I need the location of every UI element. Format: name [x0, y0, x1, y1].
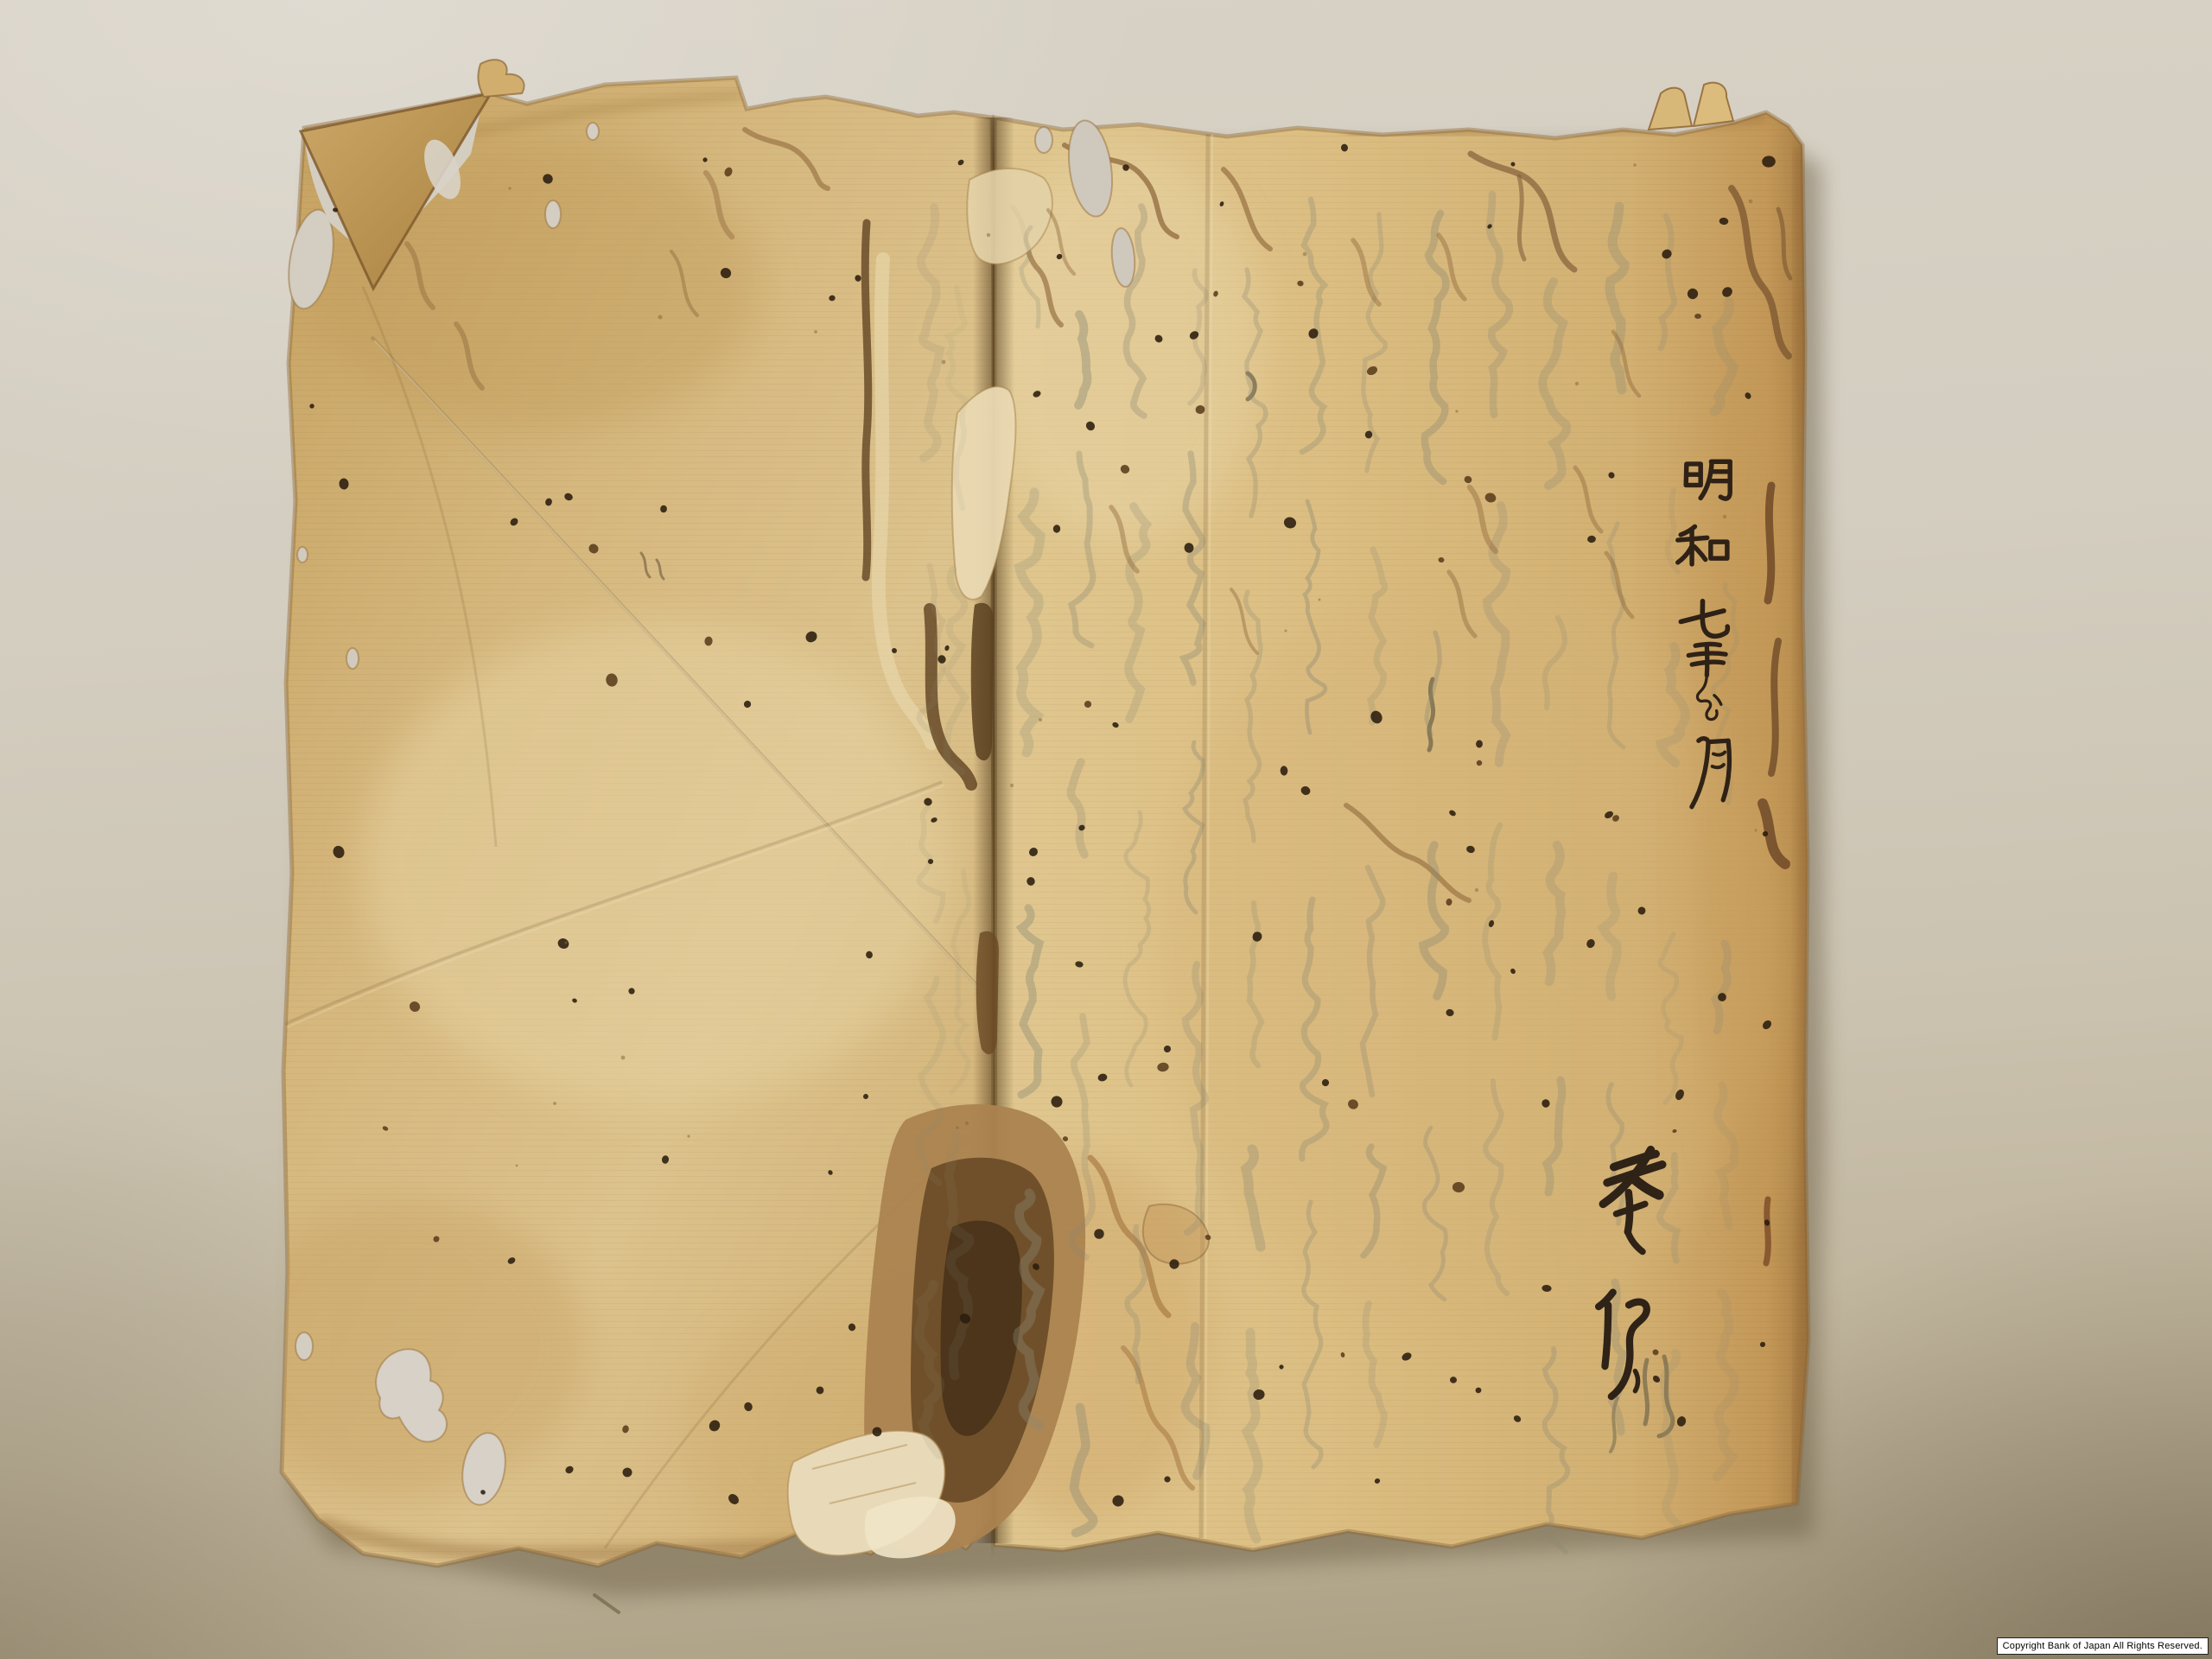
stray-paper-bit [1649, 88, 1692, 130]
stray-paper-bit [478, 60, 524, 97]
manuscript-photo [0, 0, 2212, 1659]
archival-photo-scene: 明和七年□月 奉行 Copyright Bank of Japan All Ri… [0, 0, 2212, 1659]
copyright-text: Copyright Bank of Japan All Rights Reser… [2003, 1641, 2202, 1651]
stray-paper-bit [1694, 83, 1733, 126]
copyright-notice: Copyright Bank of Japan All Rights Reser… [1997, 1637, 2209, 1655]
